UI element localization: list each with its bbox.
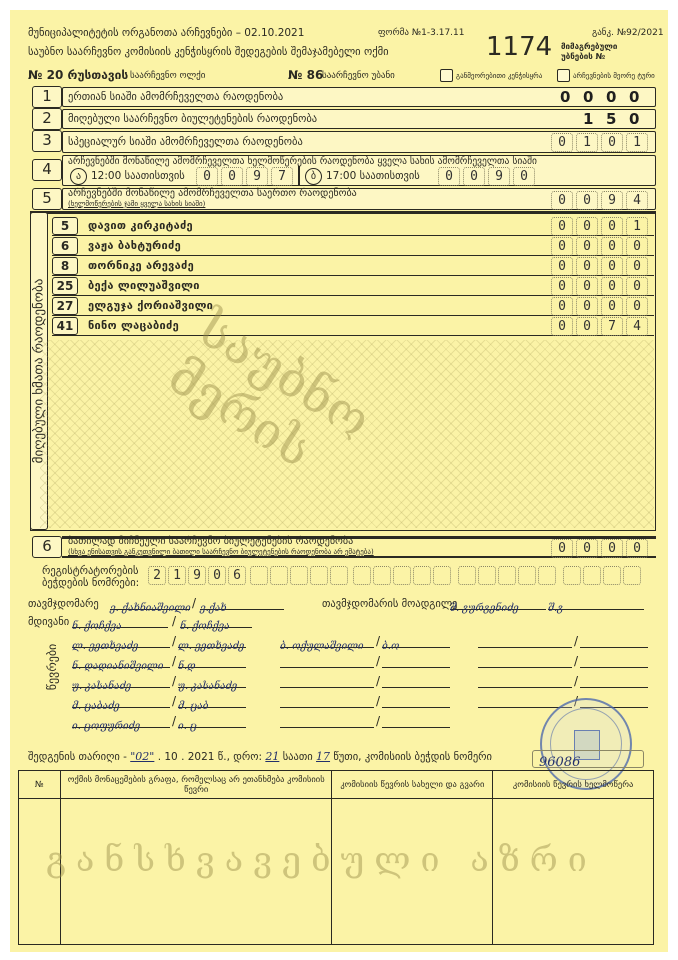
row-4-b-digit-field[interactable]: 0: [513, 167, 535, 186]
candidate-vote-digit[interactable]: 0: [601, 217, 623, 236]
member-signature-line[interactable]: [580, 634, 648, 648]
repeat-vote-label: განმეორებითი კენჭისყრა: [456, 72, 542, 80]
precinct-number: № 86: [288, 68, 323, 82]
col-data-header: ოქმის მონაცემების გრაფა, რომელსაც არ ეთა…: [60, 771, 332, 799]
secretary-label: მდივანი: [28, 616, 69, 628]
row-5-digit-field[interactable]: 9: [601, 191, 623, 210]
row-5-digit-field[interactable]: 0: [576, 191, 598, 210]
row-4-b-marker: ბ: [305, 168, 322, 185]
member-signature-line[interactable]: [580, 654, 648, 668]
separator: /: [172, 714, 176, 728]
registrar-seal-digit[interactable]: [413, 566, 431, 585]
member-signature-line[interactable]: ბ.ო: [382, 634, 450, 648]
candidate-number: 6: [52, 237, 78, 255]
row-2-number: 2: [32, 108, 62, 130]
candidate-vote-digit[interactable]: 0: [576, 317, 598, 336]
registrar-seal-digit[interactable]: [498, 566, 516, 585]
registrar-seal-digit[interactable]: [563, 566, 581, 585]
row-4-a-marker: ა: [70, 168, 87, 185]
secretary-signature: ნ. ქოჩქვა: [180, 621, 230, 632]
member-name-line[interactable]: ბ. ოქულაშვილი: [280, 634, 374, 648]
registrar-label: რეგისტრატორების: [42, 565, 138, 577]
candidate-vote-digit[interactable]: 0: [576, 237, 598, 256]
registrar-seal-digit[interactable]: 2: [148, 566, 166, 585]
member-signature-line[interactable]: [382, 654, 450, 668]
candidate-vote-digit[interactable]: 0: [601, 297, 623, 316]
row-1-number: 1: [32, 86, 62, 108]
member-name-line[interactable]: მ. ცაბაძე: [72, 694, 170, 708]
candidate-vote-digit[interactable]: 0: [551, 257, 573, 276]
protocol-title: საუბნო საარჩევნო კომისიის კენჭისყრის შედ…: [28, 46, 389, 58]
registrar-seal-digit[interactable]: [310, 566, 328, 585]
date-label: შედგენის თარიღი -: [28, 751, 127, 763]
candidate-name: ბექა ლილუაშვილი: [88, 279, 200, 292]
row-4-a-digit-field[interactable]: 7: [271, 167, 293, 186]
candidate-name: დავით კირკიტაძე: [88, 219, 193, 232]
candidate-vote-digit[interactable]: 0: [551, 217, 573, 236]
election-title: მუნიციპალიტეტის ორგანოთა არჩევნები – 02.…: [28, 27, 304, 39]
row-6-digit-field[interactable]: 0: [601, 539, 623, 558]
member-signature: ლ. ვეთხვაძე: [178, 641, 244, 652]
chair-name: ვ. ქახნიაშვილი: [110, 603, 191, 614]
time-hour: 21: [265, 750, 279, 763]
member-signature: უ. კასანაძე: [178, 681, 237, 692]
member-signature-line[interactable]: ნ.დ: [178, 654, 246, 668]
precinct-label: საარჩევნო უბანი: [322, 71, 395, 81]
row-4-a-digit-field[interactable]: 0: [221, 167, 243, 186]
candidate-vote-digit[interactable]: 0: [576, 217, 598, 236]
member-name-line[interactable]: [478, 674, 572, 688]
separator: /: [574, 634, 578, 648]
separator: /: [574, 674, 578, 688]
separator: /: [172, 674, 176, 688]
registrar-seal-digit[interactable]: [623, 566, 641, 585]
member-signature-line[interactable]: ლ. ვეთხვაძე: [178, 634, 246, 648]
deputy-label: თავმჯდომარის მოადგილე: [322, 598, 457, 610]
row-1-digit: 0: [629, 88, 639, 106]
row-2-digit: 5: [606, 110, 616, 128]
separator: /: [172, 654, 176, 668]
member-name-line[interactable]: ლ. ვეთხვაძე: [72, 634, 170, 648]
candidate-vote-digit[interactable]: 0: [551, 297, 573, 316]
row-6-digit-field[interactable]: 0: [626, 539, 648, 558]
member-name-line[interactable]: ი. ცოფურიძე: [72, 714, 170, 728]
member-signature-line[interactable]: ი. ც: [178, 714, 246, 728]
row-1-label: ერთიან სიაში ამომრჩეველთა რაოდენობა: [68, 91, 283, 103]
member-signature-line[interactable]: [382, 694, 450, 708]
candidate-number: 25: [52, 277, 78, 295]
registrar-seal-digit[interactable]: [250, 566, 268, 585]
separator: /: [172, 614, 176, 628]
row-4-b-time: 17:00 საათისთვის: [326, 170, 420, 182]
row-5-digit-field[interactable]: 0: [551, 191, 573, 210]
member-signature-line[interactable]: [580, 674, 648, 688]
member-name: უ. კასანაძე: [72, 681, 131, 692]
commission-seal-number-field[interactable]: 96086: [532, 750, 644, 768]
col-signature-header: კომისიის წევრის ხელმოწერა: [493, 771, 654, 799]
candidate-vote-digit[interactable]: 4: [626, 317, 648, 336]
row-4-label: არჩევნებში მონაწილე ამომრჩეველთა ხელმოწე…: [68, 156, 537, 167]
members-label: წევრები: [45, 637, 59, 697]
registrar-label-2: ბეჭდების ნომრები:: [42, 577, 139, 589]
protocol-number: 1174: [486, 32, 552, 62]
secretary-signature-line[interactable]: ნ. ქოჩქვა: [180, 614, 252, 628]
row-6-number: 6: [32, 536, 62, 558]
secretary-name: ნ. ქოჩქვა: [72, 621, 122, 632]
annex-number: განკ. №92/2021: [592, 28, 664, 38]
candidate-vote-digit[interactable]: 0: [576, 297, 598, 316]
row-4-a-digit-field[interactable]: 0: [196, 167, 218, 186]
chair-signature-line[interactable]: ვ.ქახ: [200, 596, 284, 610]
member-name-line[interactable]: [280, 674, 374, 688]
registrar-seal-digit[interactable]: [583, 566, 601, 585]
member-signature: მ. ცაბ: [178, 701, 208, 712]
row-1-digit: 0: [606, 88, 616, 106]
separator: /: [376, 654, 380, 668]
registrar-seal-digit[interactable]: [393, 566, 411, 585]
member-name: მ. ცაბაძე: [72, 701, 120, 712]
compilation-date-line: შედგენის თარიღი - "02" . 10 . 2021 წ., დ…: [28, 750, 492, 763]
registrar-seal-digit[interactable]: [290, 566, 308, 585]
row-4-b-digit-field[interactable]: 0: [438, 167, 460, 186]
member-name: ბ. ოქულაშვილი: [280, 641, 364, 652]
watermark-dissent: განსხვავებული აზრი: [46, 840, 597, 880]
row-4-a-digit-field[interactable]: 9: [246, 167, 268, 186]
registrar-seal-digit[interactable]: 0: [208, 566, 226, 585]
member-name: ლ. ვეთხვაძე: [72, 641, 138, 652]
secretary-name-line[interactable]: ნ. ქოჩქვა: [72, 614, 168, 628]
member-name-line[interactable]: [280, 694, 374, 708]
registrar-seal-digit[interactable]: 1: [168, 566, 186, 585]
separator: /: [574, 654, 578, 668]
row-4-number: 4: [32, 159, 62, 181]
registrar-seal-digit[interactable]: [478, 566, 496, 585]
candidate-vote-digit[interactable]: 0: [626, 257, 648, 276]
district-label: საარჩევნო ოლქი: [130, 71, 205, 81]
deputy-signature: შ.გ: [548, 603, 563, 614]
second-round-label: არჩევნების მეორე ტური: [573, 72, 655, 80]
row-5-label: არჩევნებში მონაწილე ამომრჩეველთა საერთო …: [68, 188, 357, 199]
candidate-vote-digit[interactable]: 0: [576, 257, 598, 276]
row-4-b-digit-field[interactable]: 0: [463, 167, 485, 186]
member-name-line[interactable]: [478, 634, 572, 648]
candidate-number: 5: [52, 217, 78, 235]
separator: /: [376, 634, 380, 648]
candidate-name: ვაჟა ბახტურიძე: [88, 239, 181, 252]
candidate-vote-digit[interactable]: 0: [601, 277, 623, 296]
row-3-digit-field[interactable]: 1: [626, 133, 648, 152]
member-signature-line[interactable]: უ. კასანაძე: [178, 674, 246, 688]
row-5-sublabel: (ხელმოწერების ჯამი ყველა სახის სიაში): [68, 200, 205, 208]
member-signature: ი. ც: [178, 721, 197, 732]
row-6-digit-field[interactable]: 0: [551, 539, 573, 558]
date-day: "02": [130, 750, 154, 763]
row-5-digit-field[interactable]: 4: [626, 191, 648, 210]
date-month-year: . 10 . 2021 წ., დრო:: [158, 751, 262, 763]
member-signature-line[interactable]: [382, 714, 450, 728]
row-1-digit: 0: [560, 88, 570, 106]
row-6-digit-field[interactable]: 0: [576, 539, 598, 558]
candidate-name: თორნიკე არევაძე: [88, 259, 194, 272]
candidate-vote-digit[interactable]: 0: [601, 257, 623, 276]
attached-precincts-label: მიმაგრებული უბნების №: [561, 42, 621, 62]
row-2-digit: 1: [583, 110, 593, 128]
candidate-vote-digit[interactable]: 0: [551, 277, 573, 296]
registrar-seal-digit[interactable]: [603, 566, 621, 585]
registrar-seal-digit[interactable]: [373, 566, 391, 585]
candidate-number: 27: [52, 297, 78, 315]
col-name-header: კომისიის წევრის სახელი და გვარი: [332, 771, 493, 799]
registrar-seal-digit[interactable]: [458, 566, 476, 585]
candidate-vote-digit[interactable]: 0: [626, 297, 648, 316]
candidate-vote-digit[interactable]: 0: [551, 237, 573, 256]
separator: /: [376, 694, 380, 708]
candidate-name: ნინო ლაცაბიძე: [88, 319, 179, 332]
separator: /: [172, 634, 176, 648]
second-round-checkbox[interactable]: [557, 69, 570, 82]
member-name-line[interactable]: უ. კასანაძე: [72, 674, 170, 688]
row-3-number: 3: [32, 130, 62, 152]
candidate-number: 41: [52, 317, 78, 335]
member-name-line[interactable]: ნ. დადიანიშვილი: [72, 654, 170, 668]
registrar-seal-digit[interactable]: [433, 566, 451, 585]
hour-label: საათი: [283, 751, 313, 763]
candidate-vote-digit[interactable]: 7: [601, 317, 623, 336]
row-3-digit-field[interactable]: 0: [551, 133, 573, 152]
separator: /: [376, 674, 380, 688]
member-name: ნ. დადიანიშვილი: [72, 661, 163, 672]
candidate-vote-digit[interactable]: 0: [626, 237, 648, 256]
row-1-digit: 0: [583, 88, 593, 106]
chair-name-line[interactable]: ვ. ქახნიაშვილი: [110, 596, 190, 610]
row-4-divider: [298, 166, 300, 186]
form-number: ფორმა №1-3.17.11: [378, 28, 464, 38]
registrar-seal-digit[interactable]: 9: [188, 566, 206, 585]
row-3-digit-field[interactable]: 1: [576, 133, 598, 152]
registrar-seal-digit[interactable]: [330, 566, 348, 585]
deputy-name-line[interactable]: შ. გურგენიძე: [450, 596, 546, 610]
row-4-a-time: 12:00 საათისთვის: [91, 170, 185, 182]
deputy-name: შ. გურგენიძე: [450, 603, 519, 614]
registrar-seal-digit[interactable]: [538, 566, 556, 585]
registrar-seal-digit[interactable]: [353, 566, 371, 585]
row-6-label: ბათილად მიჩნეული საარჩევნო ბიულეტენების …: [68, 536, 353, 547]
candidate-name: ელგუჯა ქორიაშვილი: [88, 299, 213, 312]
candidate-number: 8: [52, 257, 78, 275]
time-minute: 17: [316, 750, 330, 763]
row-4-b-digit-field[interactable]: 9: [488, 167, 510, 186]
row-3-digit-field[interactable]: 0: [601, 133, 623, 152]
chair-label: თავმჯდომარე: [28, 598, 99, 610]
registrar-seal-digit[interactable]: 6: [228, 566, 246, 585]
deputy-signature-line[interactable]: შ.გ: [548, 596, 644, 610]
member-name-line[interactable]: [280, 654, 374, 668]
row-2-label: მიღებული საარჩევნო ბიულეტენების რაოდენობ…: [68, 113, 317, 125]
registrar-seal-digit[interactable]: [270, 566, 288, 585]
row-5-number: 5: [32, 188, 62, 210]
commission-seal-number: 96086: [533, 755, 580, 770]
candidate-vote-digit[interactable]: 0: [626, 277, 648, 296]
candidate-vote-digit[interactable]: 0: [551, 317, 573, 336]
member-signature: ბ.ო: [382, 641, 399, 652]
repeat-vote-checkbox[interactable]: [440, 69, 453, 82]
member-signature: ნ.დ: [178, 661, 196, 672]
row-3-label: სპეციალურ სიაში ამომრჩეველთა რაოდენობა: [68, 136, 303, 148]
member-name: ი. ცოფურიძე: [72, 721, 140, 732]
candidate-vote-digit[interactable]: 0: [601, 237, 623, 256]
member-signature-line[interactable]: მ. ცაბ: [178, 694, 246, 708]
candidate-vote-digit[interactable]: 0: [576, 277, 598, 296]
row-6-sublabel: (სხვა ენისათვის განკუთვნილი ბათილი საარჩ…: [68, 548, 374, 556]
col-no-header: №: [19, 771, 61, 799]
member-name-line[interactable]: [478, 654, 572, 668]
minute-label: წუთი, კომისიის ბეჭდის ნომერი: [333, 751, 492, 763]
registrar-seal-digit[interactable]: [518, 566, 536, 585]
district-number: № 20 რუსთავის: [28, 68, 128, 82]
separator: /: [376, 714, 380, 728]
row-2-digit: 0: [629, 110, 639, 128]
member-name-line[interactable]: [280, 714, 374, 728]
candidate-vote-digit[interactable]: 1: [626, 217, 648, 236]
separator: /: [192, 596, 196, 610]
chair-signature: ვ.ქახ: [200, 603, 227, 614]
separator: /: [172, 694, 176, 708]
member-signature-line[interactable]: [382, 674, 450, 688]
